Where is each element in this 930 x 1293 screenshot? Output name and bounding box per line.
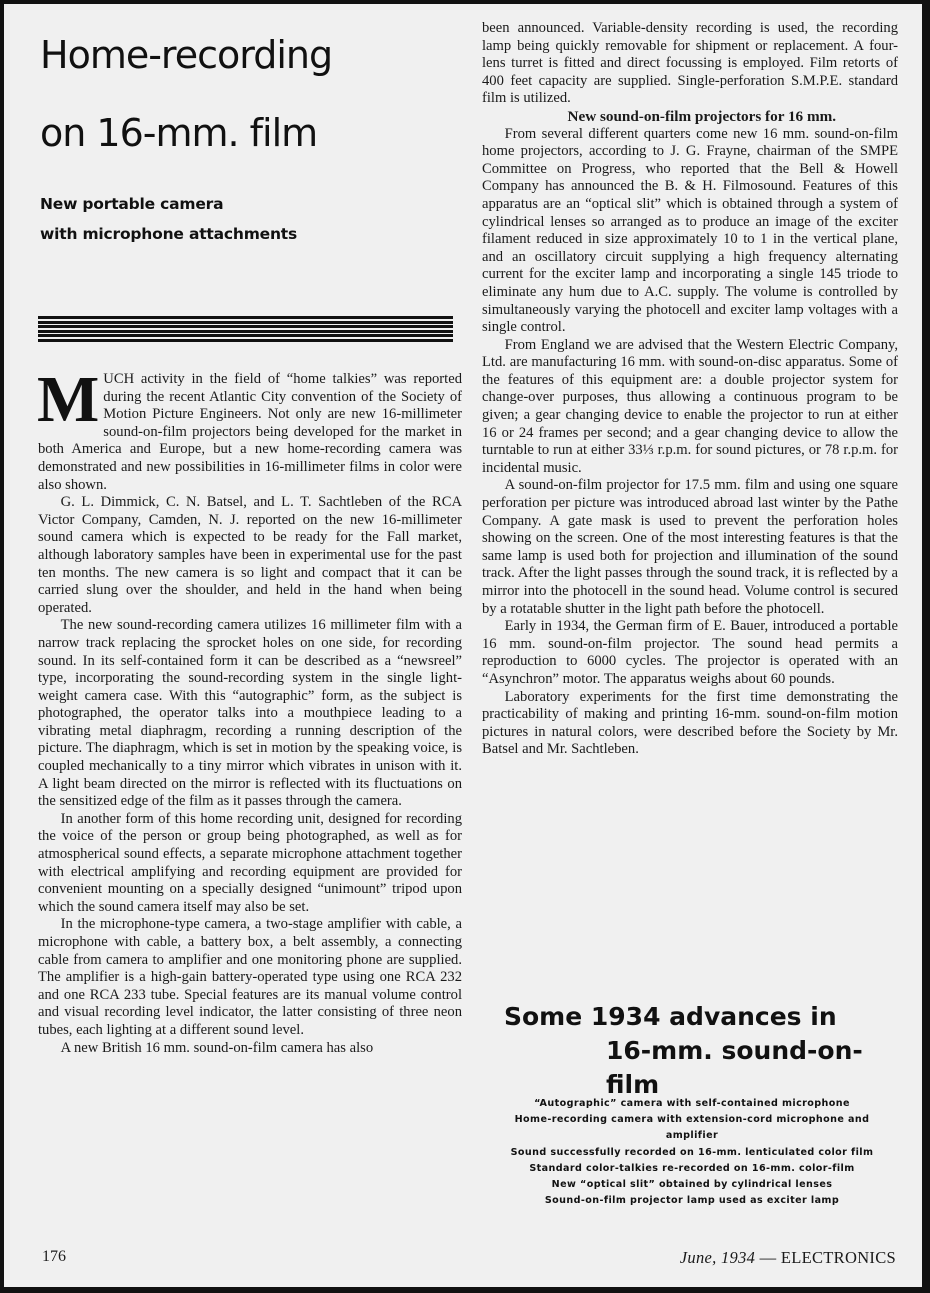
paragraph: A sound-on-film projector for 17.5 mm. f…	[482, 477, 898, 618]
footer-separator: —	[755, 1248, 781, 1267]
right-column: been announced. Variable-density recordi…	[482, 20, 898, 759]
paragraph: In another form of this home recording u…	[38, 811, 462, 917]
paragraph: Laboratory experiments for the first tim…	[482, 689, 898, 759]
paragraph: G. L. Dimmick, C. N. Batsel, and L. T. S…	[38, 494, 462, 617]
paragraph-text: UCH activity in the field of “home talki…	[38, 371, 462, 493]
article-title: Home-recording on 16-mm. film	[40, 16, 460, 172]
issue-date: June, 1934	[680, 1248, 755, 1267]
paragraph-continued: been announced. Variable-density recordi…	[482, 20, 898, 108]
publication-name: ELECTRONICS	[781, 1248, 896, 1267]
list-item: New “optical slit” obtained by cylindric…	[504, 1177, 880, 1193]
paragraph: From several different quarters come new…	[482, 126, 898, 337]
paragraph: In the microphone-type camera, a two-sta…	[38, 916, 462, 1039]
box-title-line-2: 16-mm. sound-on-film	[504, 1034, 884, 1102]
list-item: Home-recording camera with extension-cor…	[504, 1112, 880, 1144]
list-item: Standard color-talkies re-recorded on 16…	[504, 1161, 880, 1177]
magazine-page: Home-recording on 16-mm. film New portab…	[4, 4, 922, 1287]
title-line-2: on 16-mm. film	[40, 111, 317, 155]
left-column: MUCH activity in the field of “home talk…	[38, 371, 462, 1057]
article-subtitle: New portable camera with microphone atta…	[40, 189, 460, 249]
section-heading: New sound-on-film projectors for 16 mm.	[482, 108, 898, 126]
advances-list: “Autographic” camera with self-contained…	[504, 1096, 880, 1209]
subtitle-line-1: New portable camera	[40, 195, 223, 213]
drop-cap: M	[37, 374, 99, 426]
paragraph: A new British 16 mm. sound-on-film camer…	[38, 1040, 462, 1058]
paragraph: From England we are advised that the Wes…	[482, 337, 898, 478]
list-item: Sound-on-film projector lamp used as exc…	[504, 1193, 880, 1209]
decorative-rules	[38, 316, 453, 346]
list-item: “Autographic” camera with self-contained…	[504, 1096, 880, 1112]
sidebar-box-title: Some 1934 advances in 16-mm. sound-on-fi…	[504, 1000, 884, 1102]
subtitle-line-2: with microphone attachments	[40, 225, 297, 243]
box-title-line-1: Some 1934 advances in	[504, 1002, 837, 1031]
page-number: 176	[42, 1248, 66, 1266]
list-item: Sound successfully recorded on 16-mm. le…	[504, 1145, 880, 1161]
publication-footer: June, 1934 — ELECTRONICS	[680, 1248, 896, 1268]
paragraph: Early in 1934, the German firm of E. Bau…	[482, 618, 898, 688]
paragraph: MUCH activity in the field of “home talk…	[38, 371, 462, 494]
title-line-1: Home-recording	[40, 33, 332, 77]
paragraph: The new sound-recording camera utilizes …	[38, 617, 462, 811]
